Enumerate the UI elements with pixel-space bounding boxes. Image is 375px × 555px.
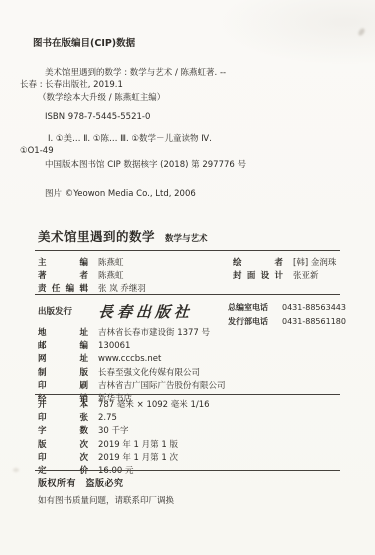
- staff-right-column: 绘者[韩] 金润珠 封面设计张亚新: [233, 257, 336, 283]
- info-value: 130061: [98, 341, 130, 351]
- phone-row: 总编室电话0431-88563443: [228, 301, 346, 315]
- print-label: 印张: [38, 412, 88, 425]
- publisher-name: 長春出版社: [97, 301, 193, 322]
- classification-line1: Ⅰ. ①美… Ⅱ. ①陈… Ⅲ. ①数学－儿童读物 Ⅳ.: [20, 133, 350, 146]
- print-label: 版次: [38, 439, 88, 452]
- divider: [35, 294, 340, 295]
- cip-registry-line: 中国版本图书馆 CIP 数据核字 (2018) 第 297776 号: [20, 159, 350, 172]
- print-label: 字数: [38, 425, 88, 438]
- staff-label: 绘者: [233, 257, 283, 270]
- cip-block: 图书在版编目(CIP)数据 美术馆里遇到的数学 : 数学与艺术 / 陈燕虹著. …: [20, 38, 350, 201]
- staff-value: 陈燕虹: [98, 258, 124, 268]
- title-block: 美术馆里遇到的数学数学与艺术: [38, 226, 208, 245]
- staff-row: 封面设计张亚新: [233, 270, 336, 283]
- classification-line2: ①O1-49: [20, 145, 350, 158]
- staff-value: 张 岚 乔继羽: [98, 284, 146, 294]
- print-value: 2.75: [98, 413, 117, 423]
- info-label: 邮编: [38, 340, 88, 353]
- book-title: 美术馆里遇到的数学: [38, 229, 155, 244]
- staff-label: 著者: [38, 270, 88, 283]
- rights-notice: 版权所有 盗版必究: [38, 476, 340, 489]
- divider: [35, 470, 340, 471]
- staff-value: 陈燕虹: [98, 271, 124, 281]
- publisher-label: 出版发行: [38, 305, 88, 317]
- info-row: 制版长春至强文化传媒有限公司: [38, 367, 340, 380]
- staff-block: 主编陈燕虹 著者陈燕虹 责任编辑张 岚 乔继羽 绘者[韩] 金润珠 封面设计张亚…: [38, 257, 340, 297]
- info-value: www.cccbs.net: [98, 354, 161, 364]
- print-value: 787 毫米 × 1092 毫米 1/16: [98, 400, 210, 410]
- info-row: 网址www.cccbs.net: [38, 353, 340, 366]
- staff-label: 封面设计: [233, 270, 283, 283]
- quality-note: 如有图书质量问题，请联系印厂调换: [38, 494, 340, 506]
- cip-description-line2: 长春 : 长春出版社, 2019.1: [20, 79, 350, 92]
- info-value: 吉林省长春市建设街 1377 号: [98, 328, 210, 338]
- scan-speck: [357, 27, 366, 36]
- copyright-page: 图书在版编目(CIP)数据 美术馆里遇到的数学 : 数学与艺术 / 陈燕虹著. …: [0, 0, 375, 555]
- print-row: 开本787 毫米 × 1092 毫米 1/16: [38, 399, 340, 412]
- cip-description-line1: 美术馆里遇到的数学 : 数学与艺术 / 陈燕虹著. --: [20, 67, 350, 80]
- print-row: 印次2019 年 1 月第 1 次: [38, 452, 340, 465]
- scan-speck: [13, 468, 19, 472]
- publisher-block: 出版发行長春出版社 总编室电话0431-88563443 发行部电话0431-8…: [38, 301, 340, 322]
- info-label: 制版: [38, 367, 88, 380]
- print-label: 开本: [38, 399, 88, 412]
- divider: [35, 394, 340, 395]
- isbn-line: ISBN 978-7-5445-5521-0: [20, 111, 350, 124]
- cip-series-line: （数学绘本大升级 / 陈燕虹主编）: [20, 92, 350, 105]
- print-value: 30 千字: [98, 426, 129, 436]
- print-label: 印次: [38, 452, 88, 465]
- phone-list: 总编室电话0431-88563443 发行部电话0431-88561180: [228, 301, 346, 328]
- print-row: 印张2.75: [38, 412, 340, 425]
- info-value: 吉林省吉广国际广告股份有限公司: [98, 381, 226, 391]
- staff-label: 主编: [38, 257, 88, 270]
- staff-value: 张亚新: [293, 271, 319, 281]
- print-value: 2019 年 1 月第 1 版: [98, 440, 178, 450]
- print-row: 字数30 千字: [38, 425, 340, 438]
- phone-label: 发行部电话: [228, 315, 274, 329]
- print-value: 16.00 元: [98, 466, 134, 476]
- info-value: 长春至强文化传媒有限公司: [98, 368, 200, 378]
- info-label: 网址: [38, 353, 88, 366]
- image-credit-line: 图片 ©Yeowon Media Co., Ltd, 2006: [20, 188, 350, 201]
- info-row: 邮编130061: [38, 340, 340, 353]
- divider: [35, 250, 340, 251]
- cip-header: 图书在版编目(CIP)数据: [20, 38, 350, 51]
- staff-value: [韩] 金润珠: [293, 258, 336, 268]
- phone-number: 0431-88563443: [282, 303, 346, 312]
- phone-label: 总编室电话: [228, 301, 274, 315]
- print-info-block: 开本787 毫米 × 1092 毫米 1/16 印张2.75 字数30 千字 版…: [38, 399, 340, 478]
- info-row: 印刷吉林省吉广国际广告股份有限公司: [38, 380, 340, 393]
- info-label: 地址: [38, 327, 88, 340]
- footer-block: 版权所有 盗版必究 如有图书质量问题，请联系印厂调换: [38, 476, 340, 506]
- info-label: 印刷: [38, 380, 88, 393]
- staff-row: 绘者[韩] 金润珠: [233, 257, 336, 270]
- info-row: 地址吉林省长春市建设街 1377 号: [38, 327, 340, 340]
- print-row: 版次2019 年 1 月第 1 版: [38, 439, 340, 452]
- phone-number: 0431-88561180: [282, 317, 346, 326]
- print-value: 2019 年 1 月第 1 次: [98, 453, 178, 463]
- phone-row: 发行部电话0431-88561180: [228, 315, 346, 329]
- book-subtitle: 数学与艺术: [165, 234, 208, 244]
